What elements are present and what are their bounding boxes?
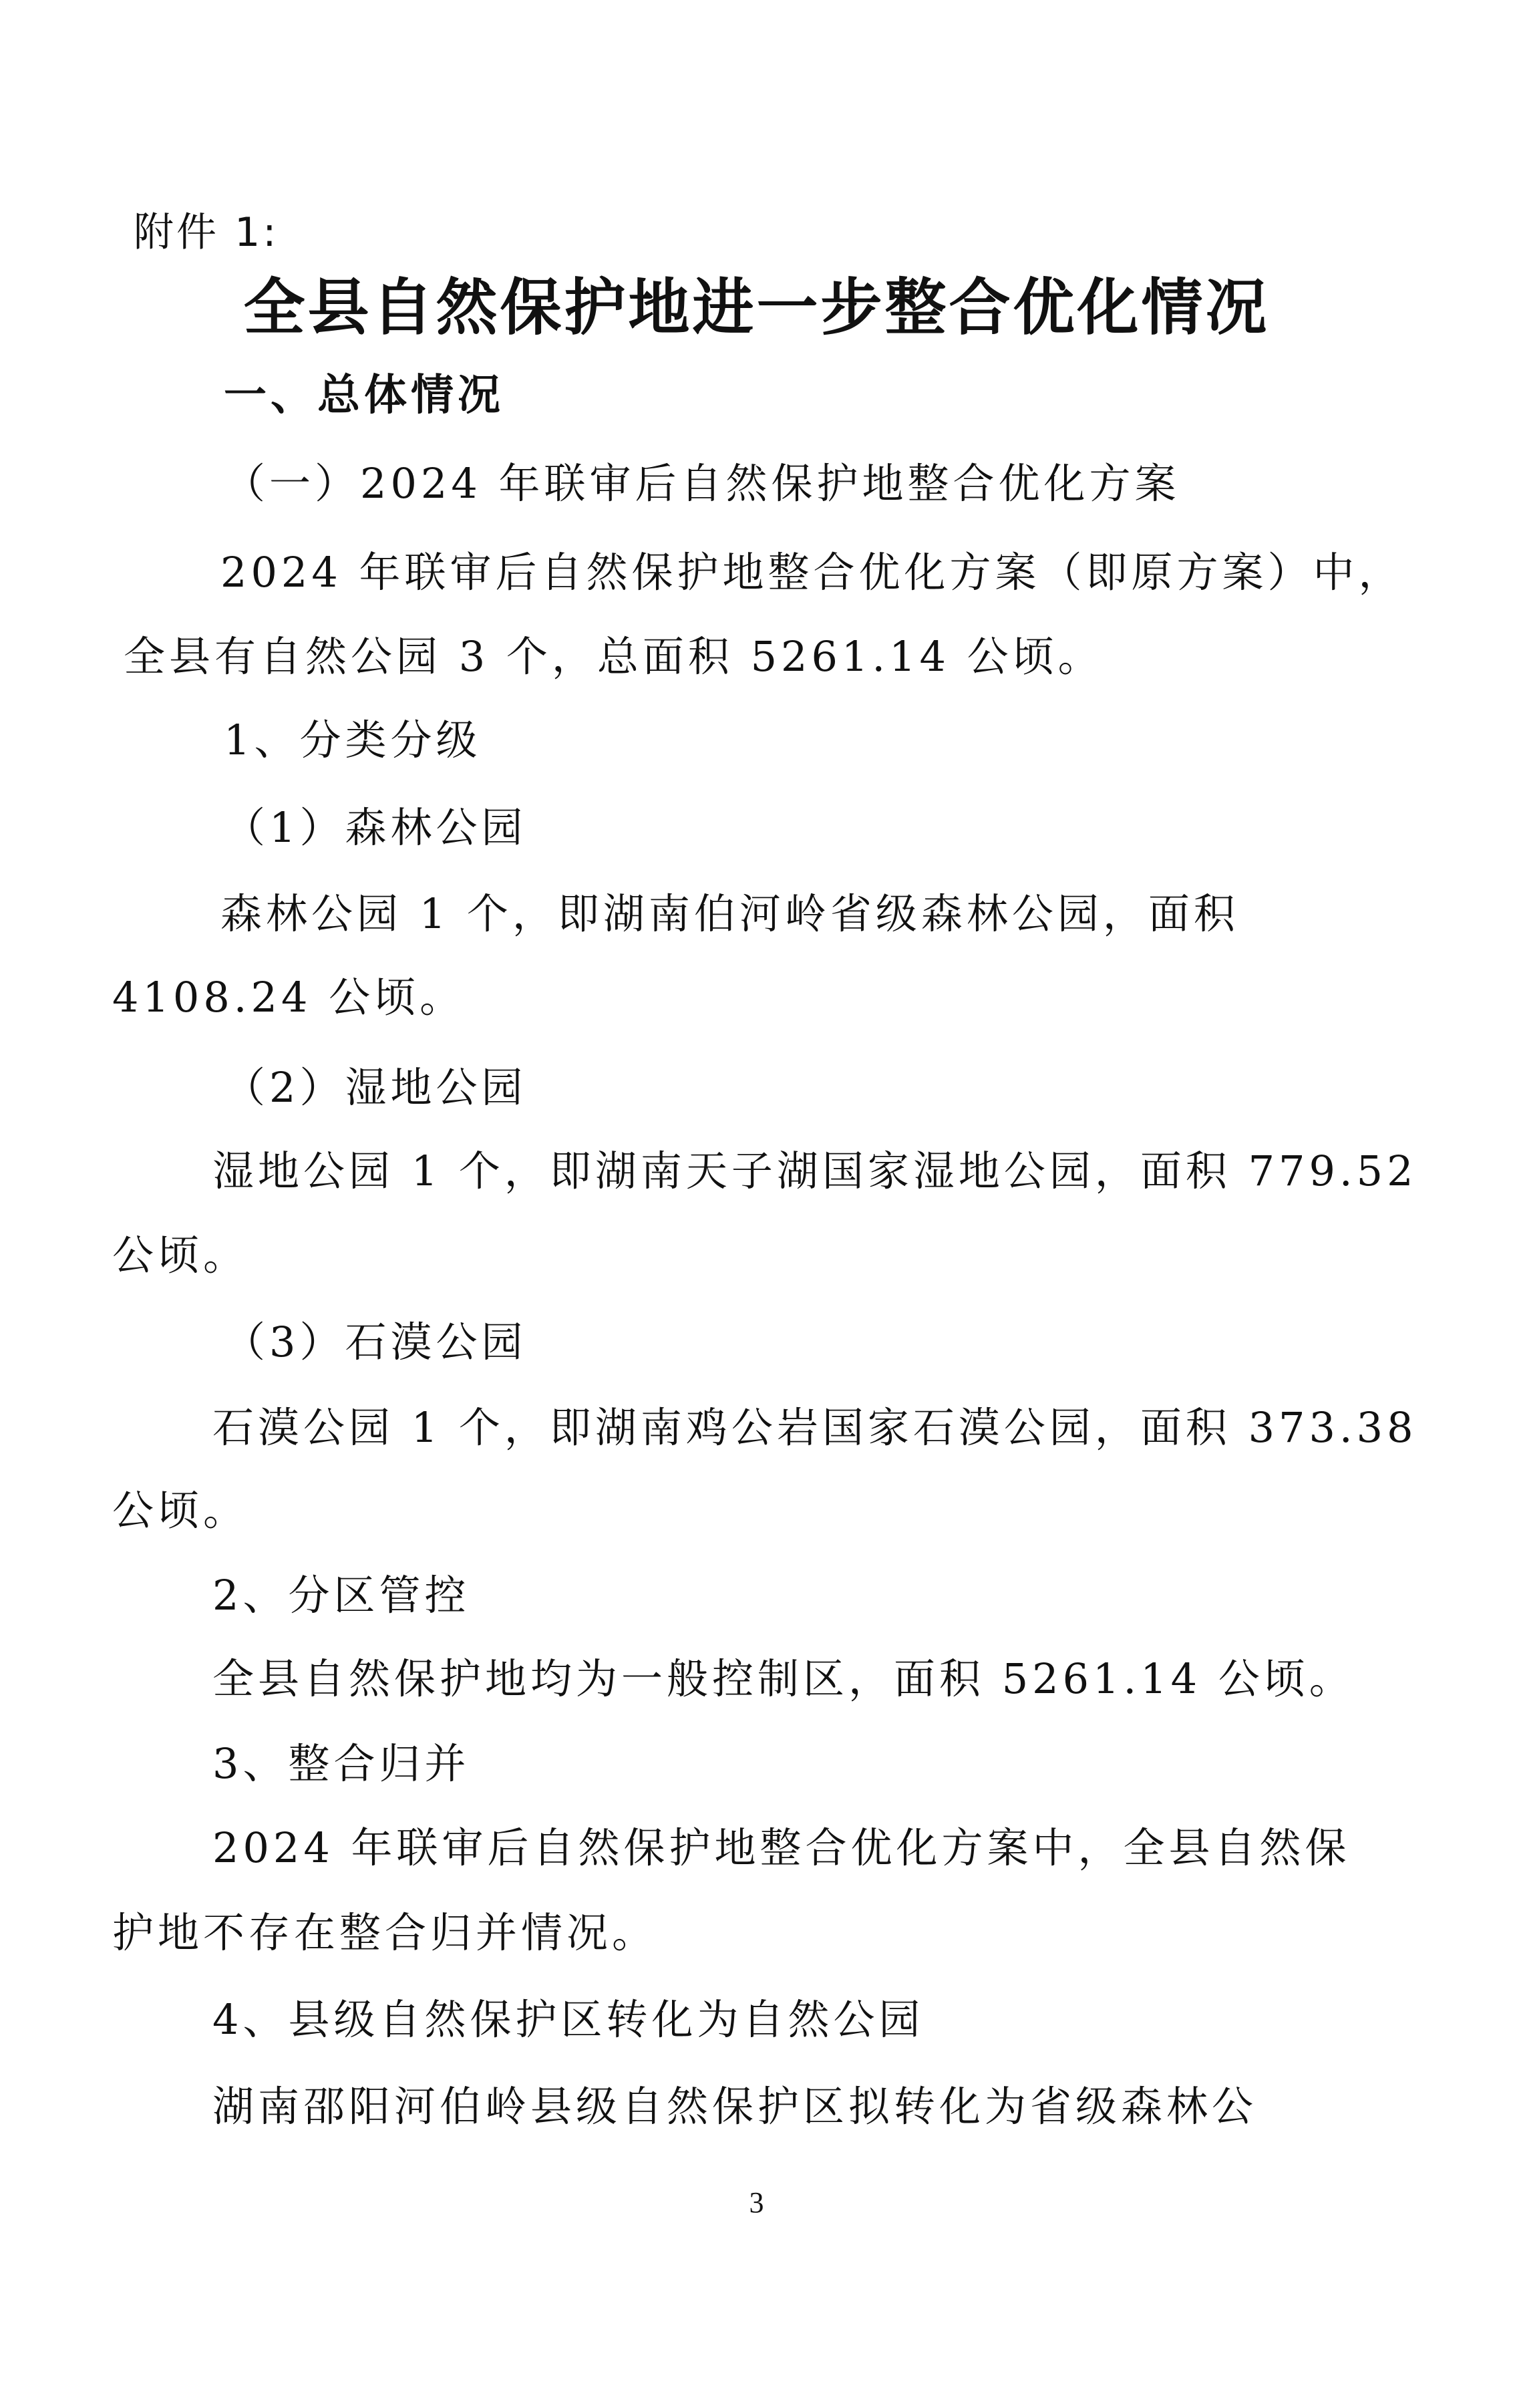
paragraph-line: 石漠公园 1 个，即湖南鸡公岩国家石漠公园，面积 373.38 <box>212 1407 1417 1449</box>
subitem-heading-forest-park: （1）森林公园 <box>224 807 526 849</box>
paragraph-line: 森林公园 1 个，即湖南伯河岭省级森林公园，面积 <box>220 893 1239 935</box>
subitem-heading-wetland-park: （2）湿地公园 <box>224 1067 526 1108</box>
section-heading-overall: 一、总体情况 <box>224 374 504 417</box>
paragraph-line: 全县有自然公园 3 个，总面积 5261.14 公顷。 <box>124 636 1104 678</box>
paragraph-line: 湿地公园 1 个，即湖南天子湖国家湿地公园，面积 779.52 <box>212 1151 1417 1192</box>
paragraph-line: 4108.24 公顷。 <box>112 977 465 1018</box>
paragraph-line: 护地不存在整合归并情况。 <box>112 1912 657 1954</box>
item-heading-classification: 1、分类分级 <box>224 720 481 761</box>
attachment-label: 附件 1: <box>134 212 279 253</box>
item-heading-zoning-control: 2、分区管控 <box>212 1575 470 1616</box>
paragraph-line: 全县自然保护地均为一般控制区，面积 5261.14 公顷。 <box>212 1658 1355 1700</box>
subitem-heading-rocky-desert-park: （3）石漠公园 <box>224 1322 526 1363</box>
page-number: 3 <box>0 2188 1513 2218</box>
document-title: 全县自然保护地进一步整合优化情况 <box>0 277 1513 339</box>
paragraph-line: 公顷。 <box>112 1235 248 1276</box>
item-heading-merging: 3、整合归并 <box>212 1743 470 1785</box>
paragraph-line: 湖南邵阳河伯岭县级自然保护区拟转化为省级森林公 <box>212 2086 1257 2127</box>
paragraph-line: 公顷。 <box>112 1490 248 1531</box>
item-heading-county-reserve-conversion: 4、县级自然保护区转化为自然公园 <box>212 1999 924 2041</box>
subsection-heading-2024-plan: （一）2024 年联审后自然保护地整合优化方案 <box>224 463 1180 504</box>
paragraph-line: 2024 年联审后自然保护地整合优化方案中，全县自然保 <box>212 1827 1351 1869</box>
paragraph-line: 2024 年联审后自然保护地整合优化方案（即原方案）中， <box>220 552 1404 593</box>
